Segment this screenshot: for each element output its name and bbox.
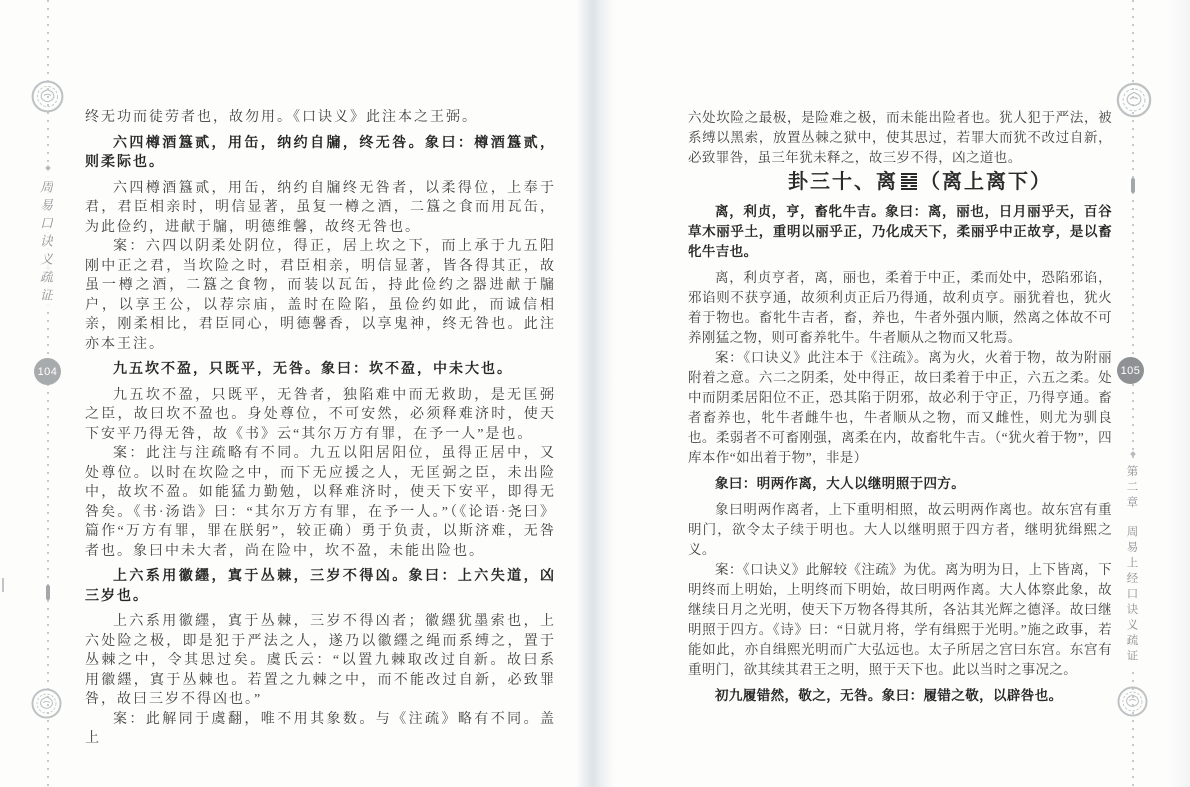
- paragraph: 六四樽酒簋贰，用缶，纳约自牖终无咎者，以柔得位，上奉于君，君臣相亲时，明信显著，…: [85, 179, 556, 238]
- chapter-number-text: 第二章: [1126, 465, 1138, 512]
- hexagram-li-icon: [901, 172, 917, 191]
- hexagram-line-statement: 六四樽酒簋贰，用缶，纳约自牖，终无咎。象曰：樽酒簋贰，则柔际也。: [85, 134, 556, 173]
- commentary-paragraph: 案：《口诀义》此解较《注疏》为优。离为明为日，上下皆离，下明终而上明始，上明终而…: [688, 560, 1112, 680]
- image-commentary-statement: 象曰：明两作离，大人以继明照于四方。: [688, 474, 1112, 494]
- floral-medallion-icon: [30, 79, 65, 114]
- paragraph: 六处坎险之最极，是险难之极，而未能出险者也。犹人犯于严法，被系缚以黑索，放置丛棘…: [688, 108, 1112, 168]
- right-page-text-column: 六处坎险之最极，是险难之极，而未能出险者也。犹人犯于严法，被系缚以黑索，放置丛棘…: [688, 108, 1112, 712]
- book-title-text: 周易口诀义疏证: [38, 180, 53, 306]
- page-edge-mark: [2, 578, 4, 592]
- book-spine-gutter: [576, 0, 614, 787]
- paragraph: 象曰明两作离者，上下重明相照，故云明两作离也。故东宫有重明门，欲令太子续于明也。…: [688, 500, 1112, 560]
- heading-prefix: 卦三十、离: [788, 171, 898, 193]
- left-margin-dotted-rail: [47, 0, 49, 787]
- floral-medallion-icon: [1116, 685, 1149, 718]
- hexagram-line-statement: 初九履错然，敬之，无咎。象曰：履错之敬，以辟咎也。: [688, 686, 1112, 706]
- page-number: 104: [38, 366, 58, 378]
- floral-medallion-icon: [1115, 81, 1153, 119]
- paragraph: 终无功而徒劳者也，故勿用。《口诀义》此注本之王弼。: [85, 108, 556, 128]
- commentary-paragraph: 案：此解同于虞翻，唯不用其象数。与《注疏》略有不同。盖上: [85, 710, 556, 749]
- floral-medallion-icon: [30, 687, 63, 720]
- rail-tick-mark: [46, 585, 50, 600]
- hexagram-line-statement: 九五坎不盈，只既平，无咎。象曰：坎不盈，中未大也。: [85, 360, 556, 380]
- section-heading: 卦三十、离（离上离下）: [688, 168, 1112, 196]
- page-number-badge-right: 105: [1117, 357, 1144, 384]
- left-page-text-column: 终无功而徒劳者也，故勿用。《口诀义》此注本之王弼。 六四樽酒簋贰，用缶，纳约自牖…: [85, 108, 556, 749]
- hexagram-statement: 离，利贞，亨，畜牝牛吉。象曰：离，丽也，日月丽乎天，百谷草木丽乎土，重明以丽乎正…: [688, 202, 1112, 262]
- page-number-badge-left: 104: [34, 358, 61, 385]
- commentary-paragraph: 案：此注与注疏略有不同。九五以阳居阳位，虽得正居中，又处尊位。以时在坎险之中，而…: [85, 444, 556, 561]
- commentary-paragraph: 案：六四以阴柔处阴位，得正，居上坎之下，而上承于九五阳刚中正之君，当坎险之时，君…: [85, 237, 556, 354]
- right-margin-chapter-title: 第二章周易上经口诀义疏证: [1125, 460, 1137, 670]
- paragraph: 上六系用徽纆，寘于丛棘，三岁不得凶者；徽纆犹墨索也，上六处险之极，即是犯于严法之…: [85, 612, 556, 710]
- page-number: 105: [1121, 365, 1141, 377]
- rail-tick-mark: [1131, 178, 1135, 193]
- chapter-title-text: 周易上经口诀义疏证: [1126, 526, 1138, 666]
- left-margin-book-title: 周易口诀义疏证: [39, 175, 52, 311]
- hexagram-line-statement: 上六系用徽纆，寘于丛棘，三岁不得凶。象曰：上六失道，凶三岁也。: [85, 567, 556, 606]
- paragraph: 九五坎不盈，只既平，无咎者，独陷难中而无救助，是无匡弼之臣，故曰坎不盈也。身处尊…: [85, 386, 556, 445]
- commentary-paragraph: 案：《口诀义》此注本于《注疏》。离为火，火着于物，故为附丽附着之意。六二之阴柔，…: [688, 348, 1112, 468]
- page-edge-shade: [1168, 0, 1190, 787]
- paragraph: 离，利贞亨者，离，丽也，柔着于中正，柔而处中，恐陷邪谄，邪谄则不获亨通，故须利贞…: [688, 268, 1112, 348]
- heading-suffix: （离上离下）: [920, 171, 1052, 193]
